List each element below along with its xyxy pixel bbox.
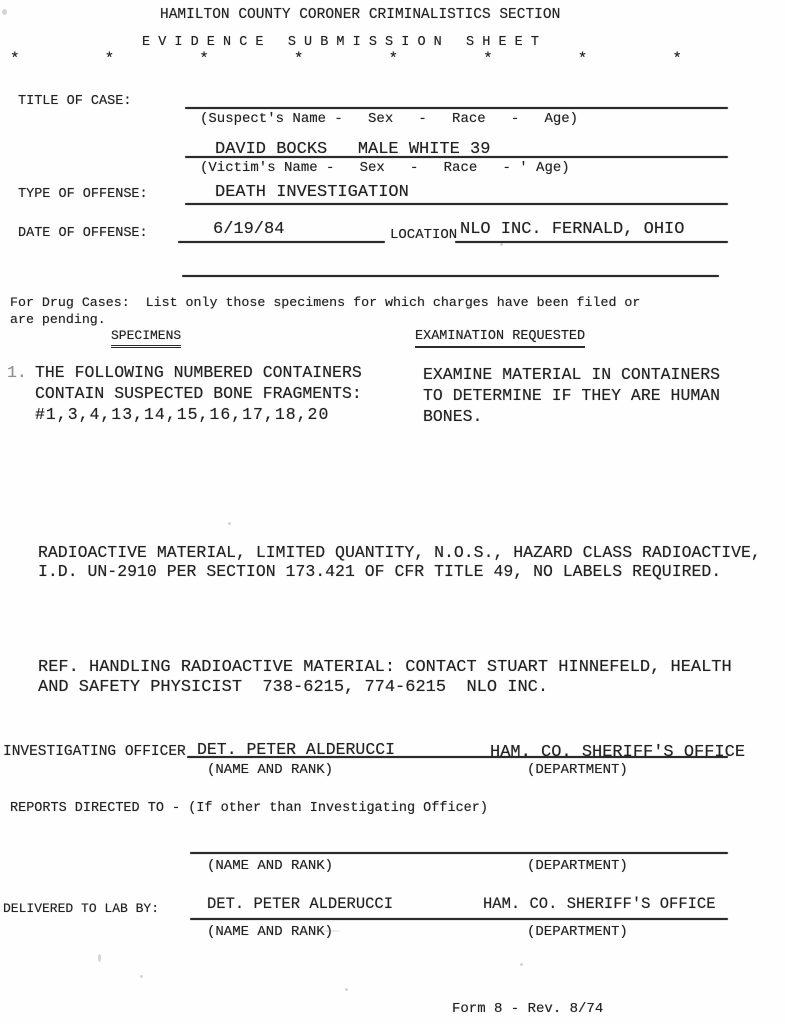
scan-speckle — [98, 954, 101, 962]
specimen-line-2: CONTAIN SUSPECTED BONE FRAGMENTS: — [35, 385, 362, 404]
date-of-offense-label: DATE OF OFFENSE: — [18, 226, 148, 242]
specimen-item-number: 1. — [7, 364, 27, 383]
ref-line-2: AND SAFETY PHYSICIST 738-6215, 774-6215 … — [38, 678, 548, 698]
type-of-offense-label: TYPE OF OFFENSE: — [18, 187, 148, 203]
department-caption: (DEPARTMENT) — [527, 762, 628, 778]
delivered-department: HAM. CO. SHERIFF'S OFFICE — [483, 896, 716, 914]
title-of-case-label: TITLE OF CASE: — [18, 94, 131, 110]
asterisk-separator: * * * * * * * * — [10, 50, 682, 68]
drug-note-line1: For Drug Cases: List only those specimen… — [10, 295, 640, 310]
name-rank-caption: (NAME AND RANK) — [207, 762, 333, 778]
asterisk: * — [10, 50, 20, 68]
department-caption: (DEPARTMENT) — [527, 924, 628, 940]
asterisk: * — [389, 50, 399, 68]
scan-speckle — [500, 243, 503, 246]
rule-location — [455, 241, 728, 243]
rule-blank-field — [182, 275, 719, 277]
investigating-officer-label: INVESTIGATING OFFICER — [3, 744, 186, 761]
examination-requested-header: EXAMINATION REQUESTED — [415, 329, 585, 348]
form-number-footer: Form 8 - Rev. 8/74 — [452, 1001, 603, 1017]
examination-line-1: EXAMINE MATERIAL IN CONTAINERS — [423, 366, 720, 385]
evidence-submission-sheet: HAMILTON COUNTY CORONER CRIMINALISTICS S… — [0, 0, 785, 1024]
delivered-name: DET. PETER ALDERUCCI — [207, 896, 393, 914]
drug-note-line2: are pending. — [10, 312, 106, 327]
scan-speckle — [520, 963, 523, 966]
scan-speckle — [140, 975, 143, 978]
victim-caption: (Victim's Name - Sex - Race - ' Age) — [200, 160, 570, 176]
asterisk: * — [578, 50, 588, 68]
scan-speckle — [315, 930, 341, 932]
header-title-line: E V I D E N C E S U B M I S S I O N S H … — [142, 35, 539, 51]
rule-suspect-line — [185, 107, 728, 109]
specimens-header: SPECIMENS — [111, 329, 181, 348]
hazmat-line-1: RADIOACTIVE MATERIAL, LIMITED QUANTITY, … — [38, 544, 761, 563]
hazmat-line-2: I.D. UN-2910 PER SECTION 173.421 OF CFR … — [38, 563, 721, 582]
asterisk: * — [483, 50, 493, 68]
asterisk: * — [294, 50, 304, 68]
specimen-line-1: THE FOLLOWING NUMBERED CONTAINERS — [35, 364, 362, 383]
rule-type-of-offense — [185, 203, 728, 205]
asterisk: * — [672, 50, 682, 68]
examination-line-3: BONES. — [423, 408, 482, 427]
investigating-officer-department: HAM. CO. SHERIFF'S OFFICE — [490, 743, 745, 763]
department-caption: (DEPARTMENT) — [527, 858, 628, 874]
date-of-offense-value: 6/19/84 — [213, 220, 284, 240]
rule-victim-line — [185, 156, 728, 158]
asterisk: * — [105, 50, 115, 68]
rule-delivered — [190, 918, 728, 920]
reports-directed-label: REPORTS DIRECTED TO - (If other than Inv… — [10, 801, 488, 817]
name-rank-caption: (NAME AND RANK) — [207, 924, 333, 940]
header-org-line: HAMILTON COUNTY CORONER CRIMINALISTICS S… — [160, 7, 560, 24]
type-of-offense-value: DEATH INVESTIGATION — [215, 183, 409, 203]
examination-line-2: TO DETERMINE IF THEY ARE HUMAN — [423, 387, 720, 406]
specimen-line-3: #1,3,4,13,14,15,16,17,18,20 — [35, 406, 329, 425]
scan-speckle — [228, 522, 231, 525]
ref-line-1: REF. HANDLING RADIOACTIVE MATERIAL: CONT… — [38, 658, 732, 678]
suspect-caption: (Suspect's Name - Sex - Race - Age) — [200, 111, 578, 127]
rule-investigating-officer — [187, 756, 728, 758]
rule-reports-directed — [190, 852, 728, 854]
name-rank-caption: (NAME AND RANK) — [207, 858, 333, 874]
delivered-to-lab-label: DELIVERED TO LAB BY: — [3, 902, 159, 917]
asterisk: * — [199, 50, 209, 68]
rule-date — [178, 241, 385, 243]
location-label: LOCATION — [390, 227, 457, 243]
scan-speckle — [2, 9, 7, 15]
location-value: NLO INC. FERNALD, OHIO — [460, 220, 684, 240]
scan-speckle — [345, 988, 348, 991]
